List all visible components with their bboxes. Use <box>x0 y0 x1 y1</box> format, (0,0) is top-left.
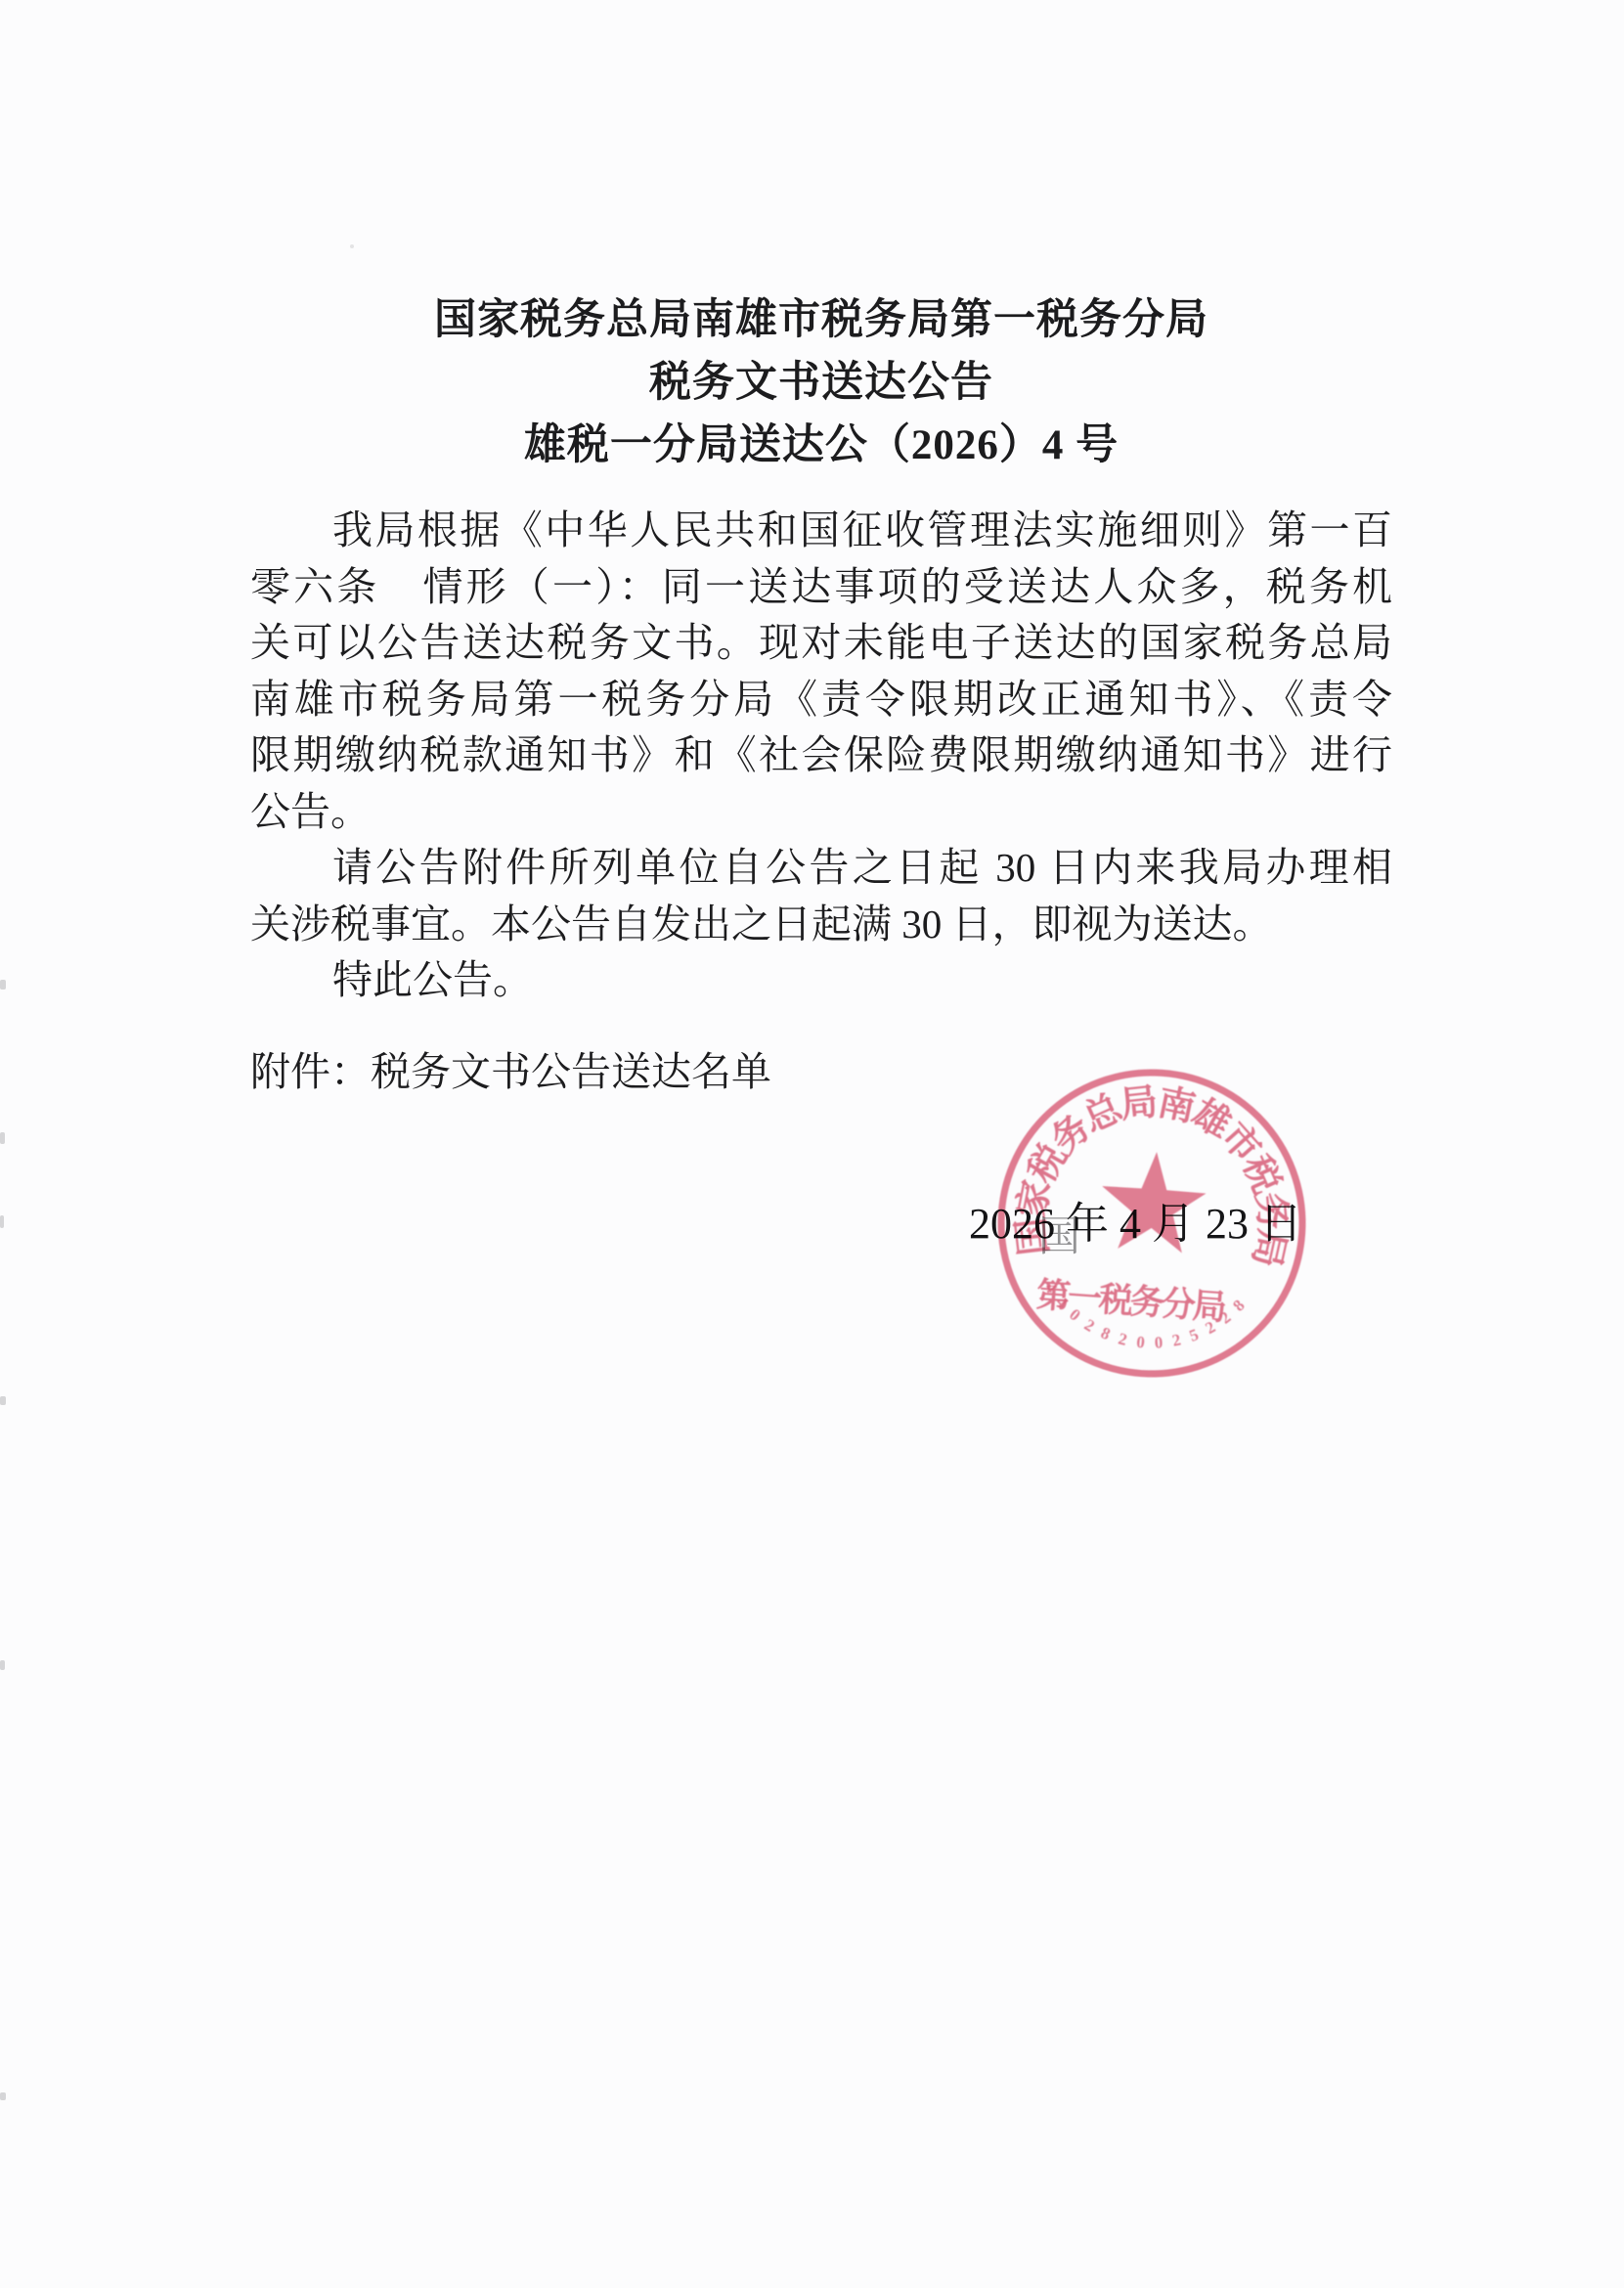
scan-artifact <box>0 980 6 990</box>
scan-artifact <box>0 1132 5 1144</box>
title-line-agency: 国家税务总局南雄市税务局第一税务分局 <box>250 289 1392 352</box>
scan-artifact <box>0 1660 5 1670</box>
body-line: 特此公告。 <box>250 952 1392 1009</box>
title-line-docnumber: 雄税一分局送达公（2026）4 号 <box>250 415 1392 477</box>
body-line: 我局根据《中华人民共和国征收管理法实施细则》第一百 <box>250 503 1392 559</box>
scan-artifact <box>0 1396 6 1405</box>
scanned-document-page: 国家税务总局南雄市税务局第一税务分局 税务文书送达公告 雄税一分局送达公（202… <box>0 0 1624 2288</box>
scan-artifact <box>0 1215 4 1228</box>
body-line: 公告。 <box>250 784 1392 841</box>
document-body: 我局根据《中华人民共和国征收管理法实施细则》第一百 零六条 情形（一）：同一送达… <box>250 503 1392 1009</box>
scan-artifact <box>0 2092 6 2100</box>
body-line: 关涉税事宜。本公告自发出之日起满 30 日，即视为送达。 <box>250 897 1392 953</box>
attachment-line: 附件：税务文书公告送达名单 <box>250 1044 771 1101</box>
scan-artifact <box>350 244 354 248</box>
body-line: 请公告附件所列单位自公告之日起 30 日内来我局办理相 <box>250 840 1392 897</box>
body-line: 关可以公告送达税务文书。现对未能电子送达的国家税务总局 <box>250 615 1392 672</box>
title-line-subject: 税务文书送达公告 <box>250 352 1392 415</box>
issue-date: 2026 年 4 月 23 日 <box>969 1199 1302 1250</box>
body-line: 限期缴纳税款通知书》和《社会保险费限期缴纳通知书》进行 <box>250 727 1392 784</box>
body-line: 零六条 情形（一）：同一送达事项的受送达人众多，税务机 <box>250 559 1392 616</box>
body-line: 南雄市税务局第一税务分局《责令限期改正通知书》、《责令 <box>250 672 1392 728</box>
document-title-block: 国家税务总局南雄市税务局第一税务分局 税务文书送达公告 雄税一分局送达公（202… <box>250 289 1392 477</box>
